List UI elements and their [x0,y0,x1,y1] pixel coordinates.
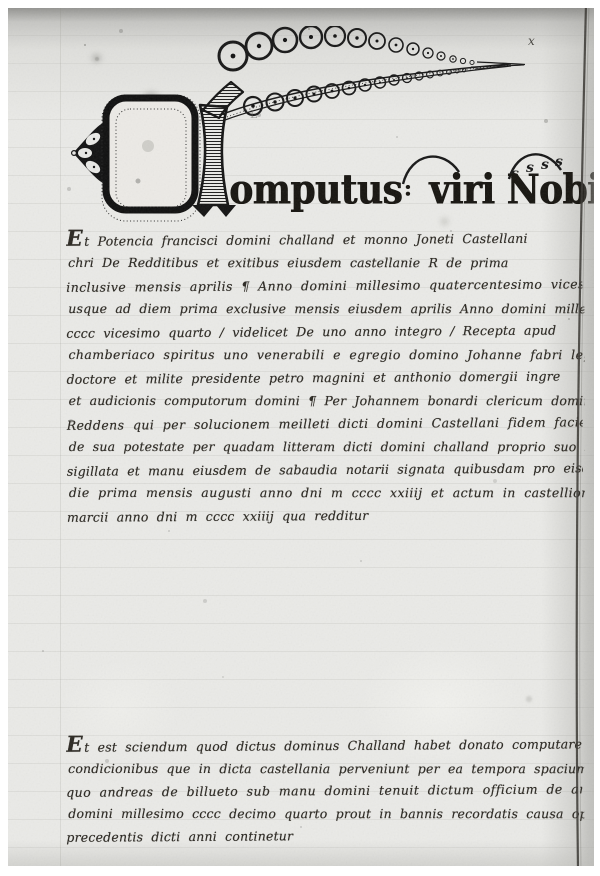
parchment-page: s s s s omputus:viri Nobilis x L Et Pote… [8,8,594,866]
manuscript-scan: s s s s omputus:viri Nobilis x L Et Pote… [0,0,600,876]
film-grain-overlay [8,8,594,866]
